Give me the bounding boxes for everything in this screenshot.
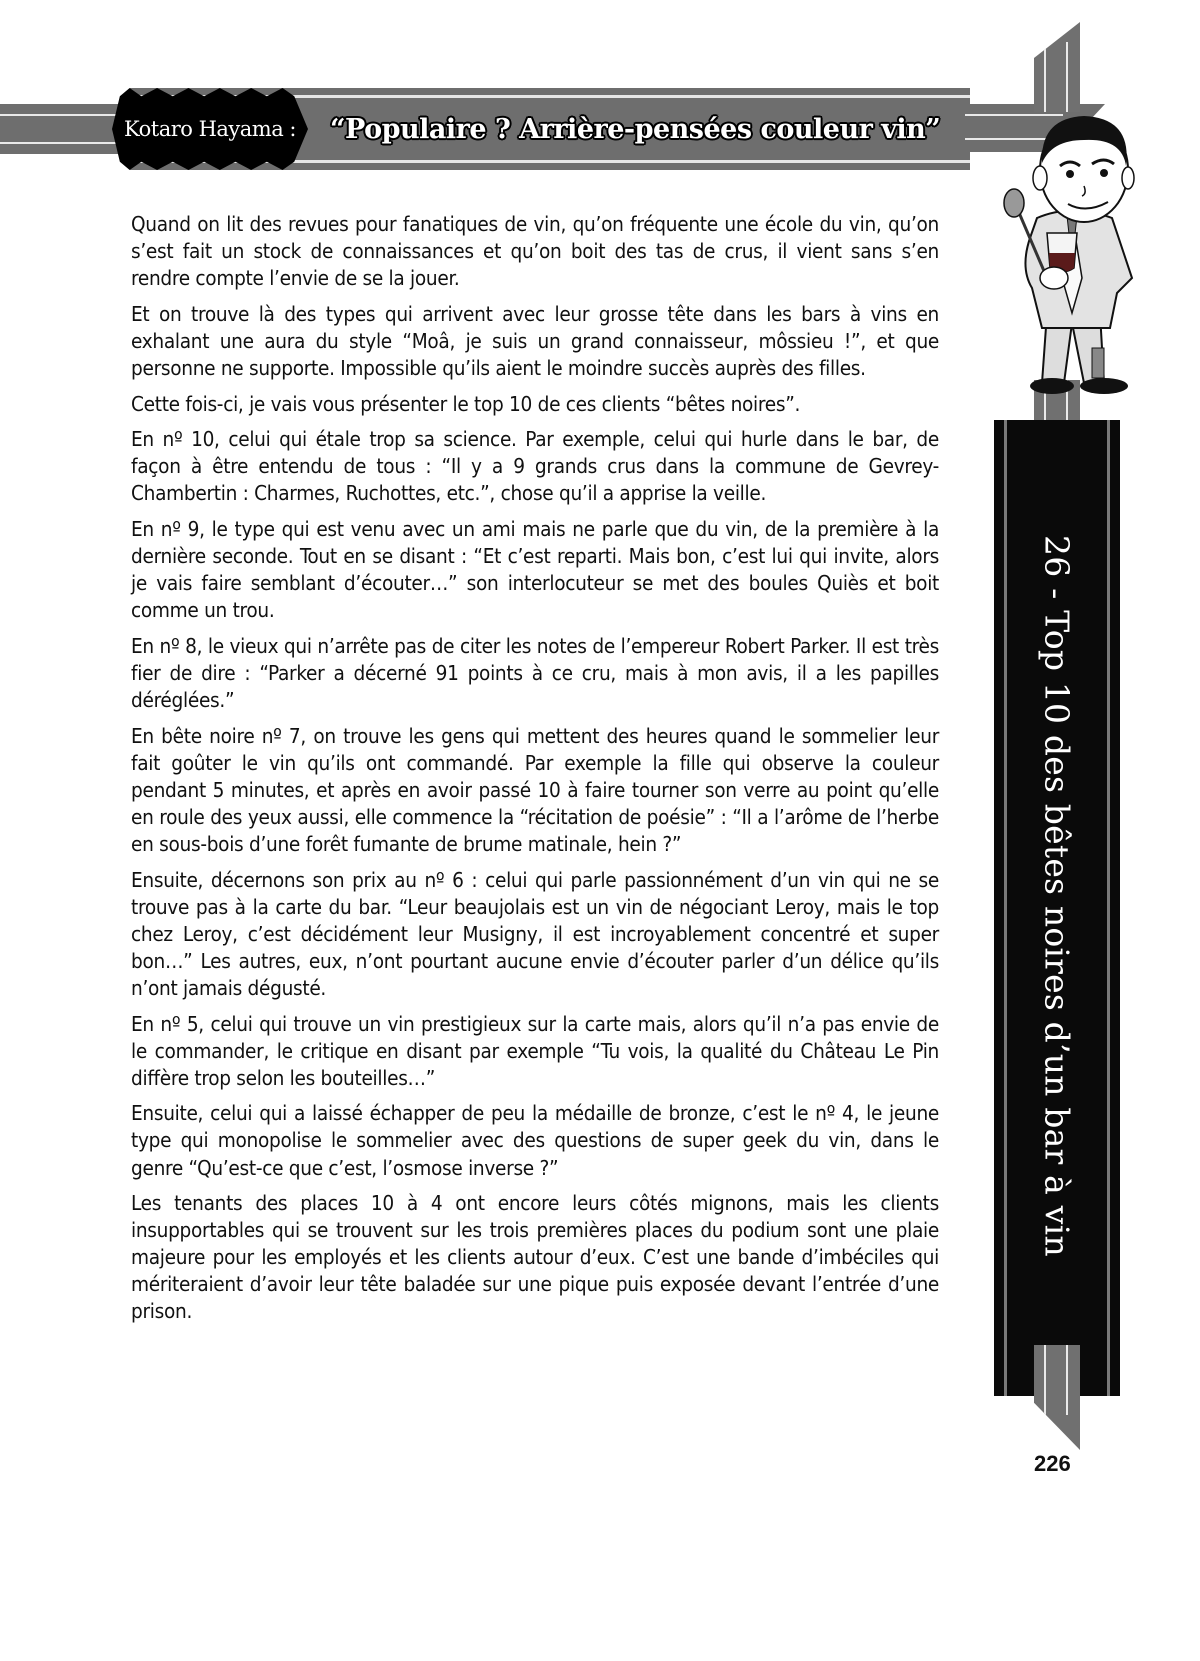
paragraph: Cette fois-ci, je vais vous présenter le… — [131, 391, 939, 418]
article-title: “Populaire ? Arrière-pensées couleur vin… — [330, 104, 940, 154]
post-bottom — [1034, 1345, 1080, 1450]
paragraph: En bête noire nº 7, on trouve les gens q… — [131, 723, 939, 858]
author-name: Kotaro Hayama : — [112, 88, 308, 170]
post-stripe — [1066, 1345, 1068, 1415]
post-stripe — [1044, 1345, 1046, 1415]
paragraph: En nº 10, celui qui étale trop sa scienc… — [131, 426, 939, 507]
article-body: Quand on lit des revues pour fanatiques … — [131, 211, 939, 1334]
chapter-title-text: 26 - Top 10 des bêtes noires d’un bar à … — [1038, 535, 1077, 1257]
mascot-illustration — [992, 78, 1152, 408]
chapter-title: 26 - Top 10 des bêtes noires d’un bar à … — [994, 420, 1120, 1396]
paragraph: Ensuite, décernons son prix au nº 6 : ce… — [131, 867, 939, 1002]
paragraph: Ensuite, celui qui a laissé échapper de … — [131, 1100, 939, 1181]
paragraph: Et on trouve là des types qui arrivent a… — [131, 301, 939, 382]
paragraph: En nº 5, celui qui trouve un vin prestig… — [131, 1011, 939, 1092]
paragraph: Les tenants des places 10 à 4 ont encore… — [131, 1190, 939, 1325]
paragraph: Quand on lit des revues pour fanatiques … — [131, 211, 939, 292]
paragraph: En nº 9, le type qui est venu avec un am… — [131, 516, 939, 624]
page-number: 226 — [1034, 1451, 1114, 1477]
paragraph: En nº 8, le vieux qui n’arrête pas de ci… — [131, 633, 939, 714]
